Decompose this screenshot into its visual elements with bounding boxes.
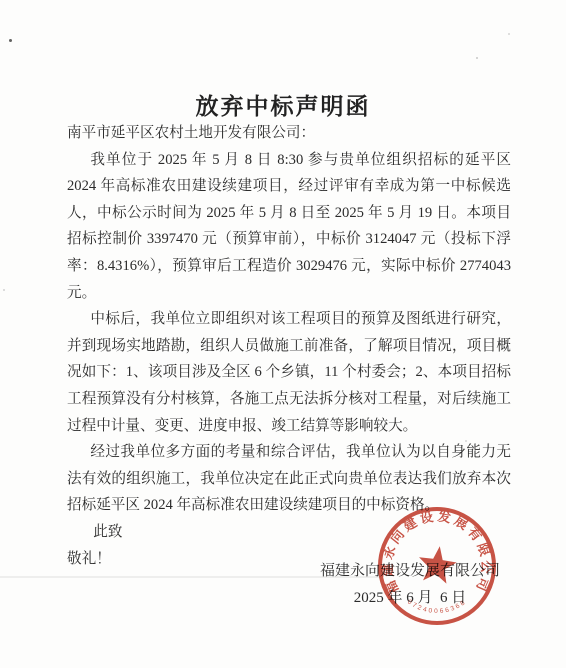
scanned-letter-page: 放弃中标声明函 南平市延平区农村土地开发有限公司： 我单位于 2025 年 5 … (0, 0, 566, 668)
paragraph-bid-details: 我单位于 2025 年 5 月 8 日 8:30 参与贵单位组织招标的延平区 2… (67, 147, 511, 307)
company-seal-stamp: 福建永向建设发展有限公司 07240066368 (370, 499, 504, 633)
document-title: 放弃中标声明函 (0, 88, 566, 121)
seal-star-icon (416, 544, 459, 585)
recipient-line: 南平市延平区农村土地开发有限公司： (67, 120, 511, 147)
paragraph-project-overview: 中标后，我单位立即组织对该工程项目的预算及图纸进行研究，并到现场实地踏勘，组织人… (67, 306, 511, 439)
scan-speck (508, 33, 510, 35)
scan-speck (476, 57, 478, 59)
seal-code-number: 07240066368 (406, 598, 468, 615)
scan-speck (465, 440, 467, 442)
scan-speck (3, 289, 5, 291)
scan-artifact-line (0, 576, 380, 578)
scan-speck (9, 39, 12, 42)
